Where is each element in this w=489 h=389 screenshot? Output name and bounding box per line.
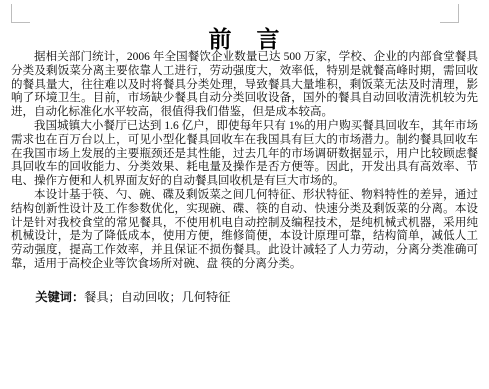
keywords-text: 餐具；自动回收；几何特征 (84, 290, 230, 304)
document-body: 据相关部门统计，2006 年全国餐饮企业数量已达 500 万家，学校、企业的内部… (11, 51, 478, 305)
body-paragraph-3: 本设计基于筷、勺、碗、碟及剩饭菜之间几何特征、形状特征、物料特性的差异，通过结构… (11, 189, 478, 272)
body-paragraph-1: 据相关部门统计，2006 年全国餐饮企业数量已达 500 万家，学校、企业的内部… (11, 51, 478, 120)
keywords-line: 关键词：餐具；自动回收；几何特征 (11, 291, 478, 305)
document-page: 前 言 据相关部门统计，2006 年全国餐饮企业数量已达 500 万家，学校、企… (0, 0, 489, 389)
document-title: 前 言 (0, 21, 489, 54)
body-paragraph-2: 我国城镇大小餐厅已达到 1.6 亿户，即使每年只有 1%的用户购买餐具回收车，其… (11, 120, 478, 189)
keywords-label: 关键词： (35, 290, 84, 304)
